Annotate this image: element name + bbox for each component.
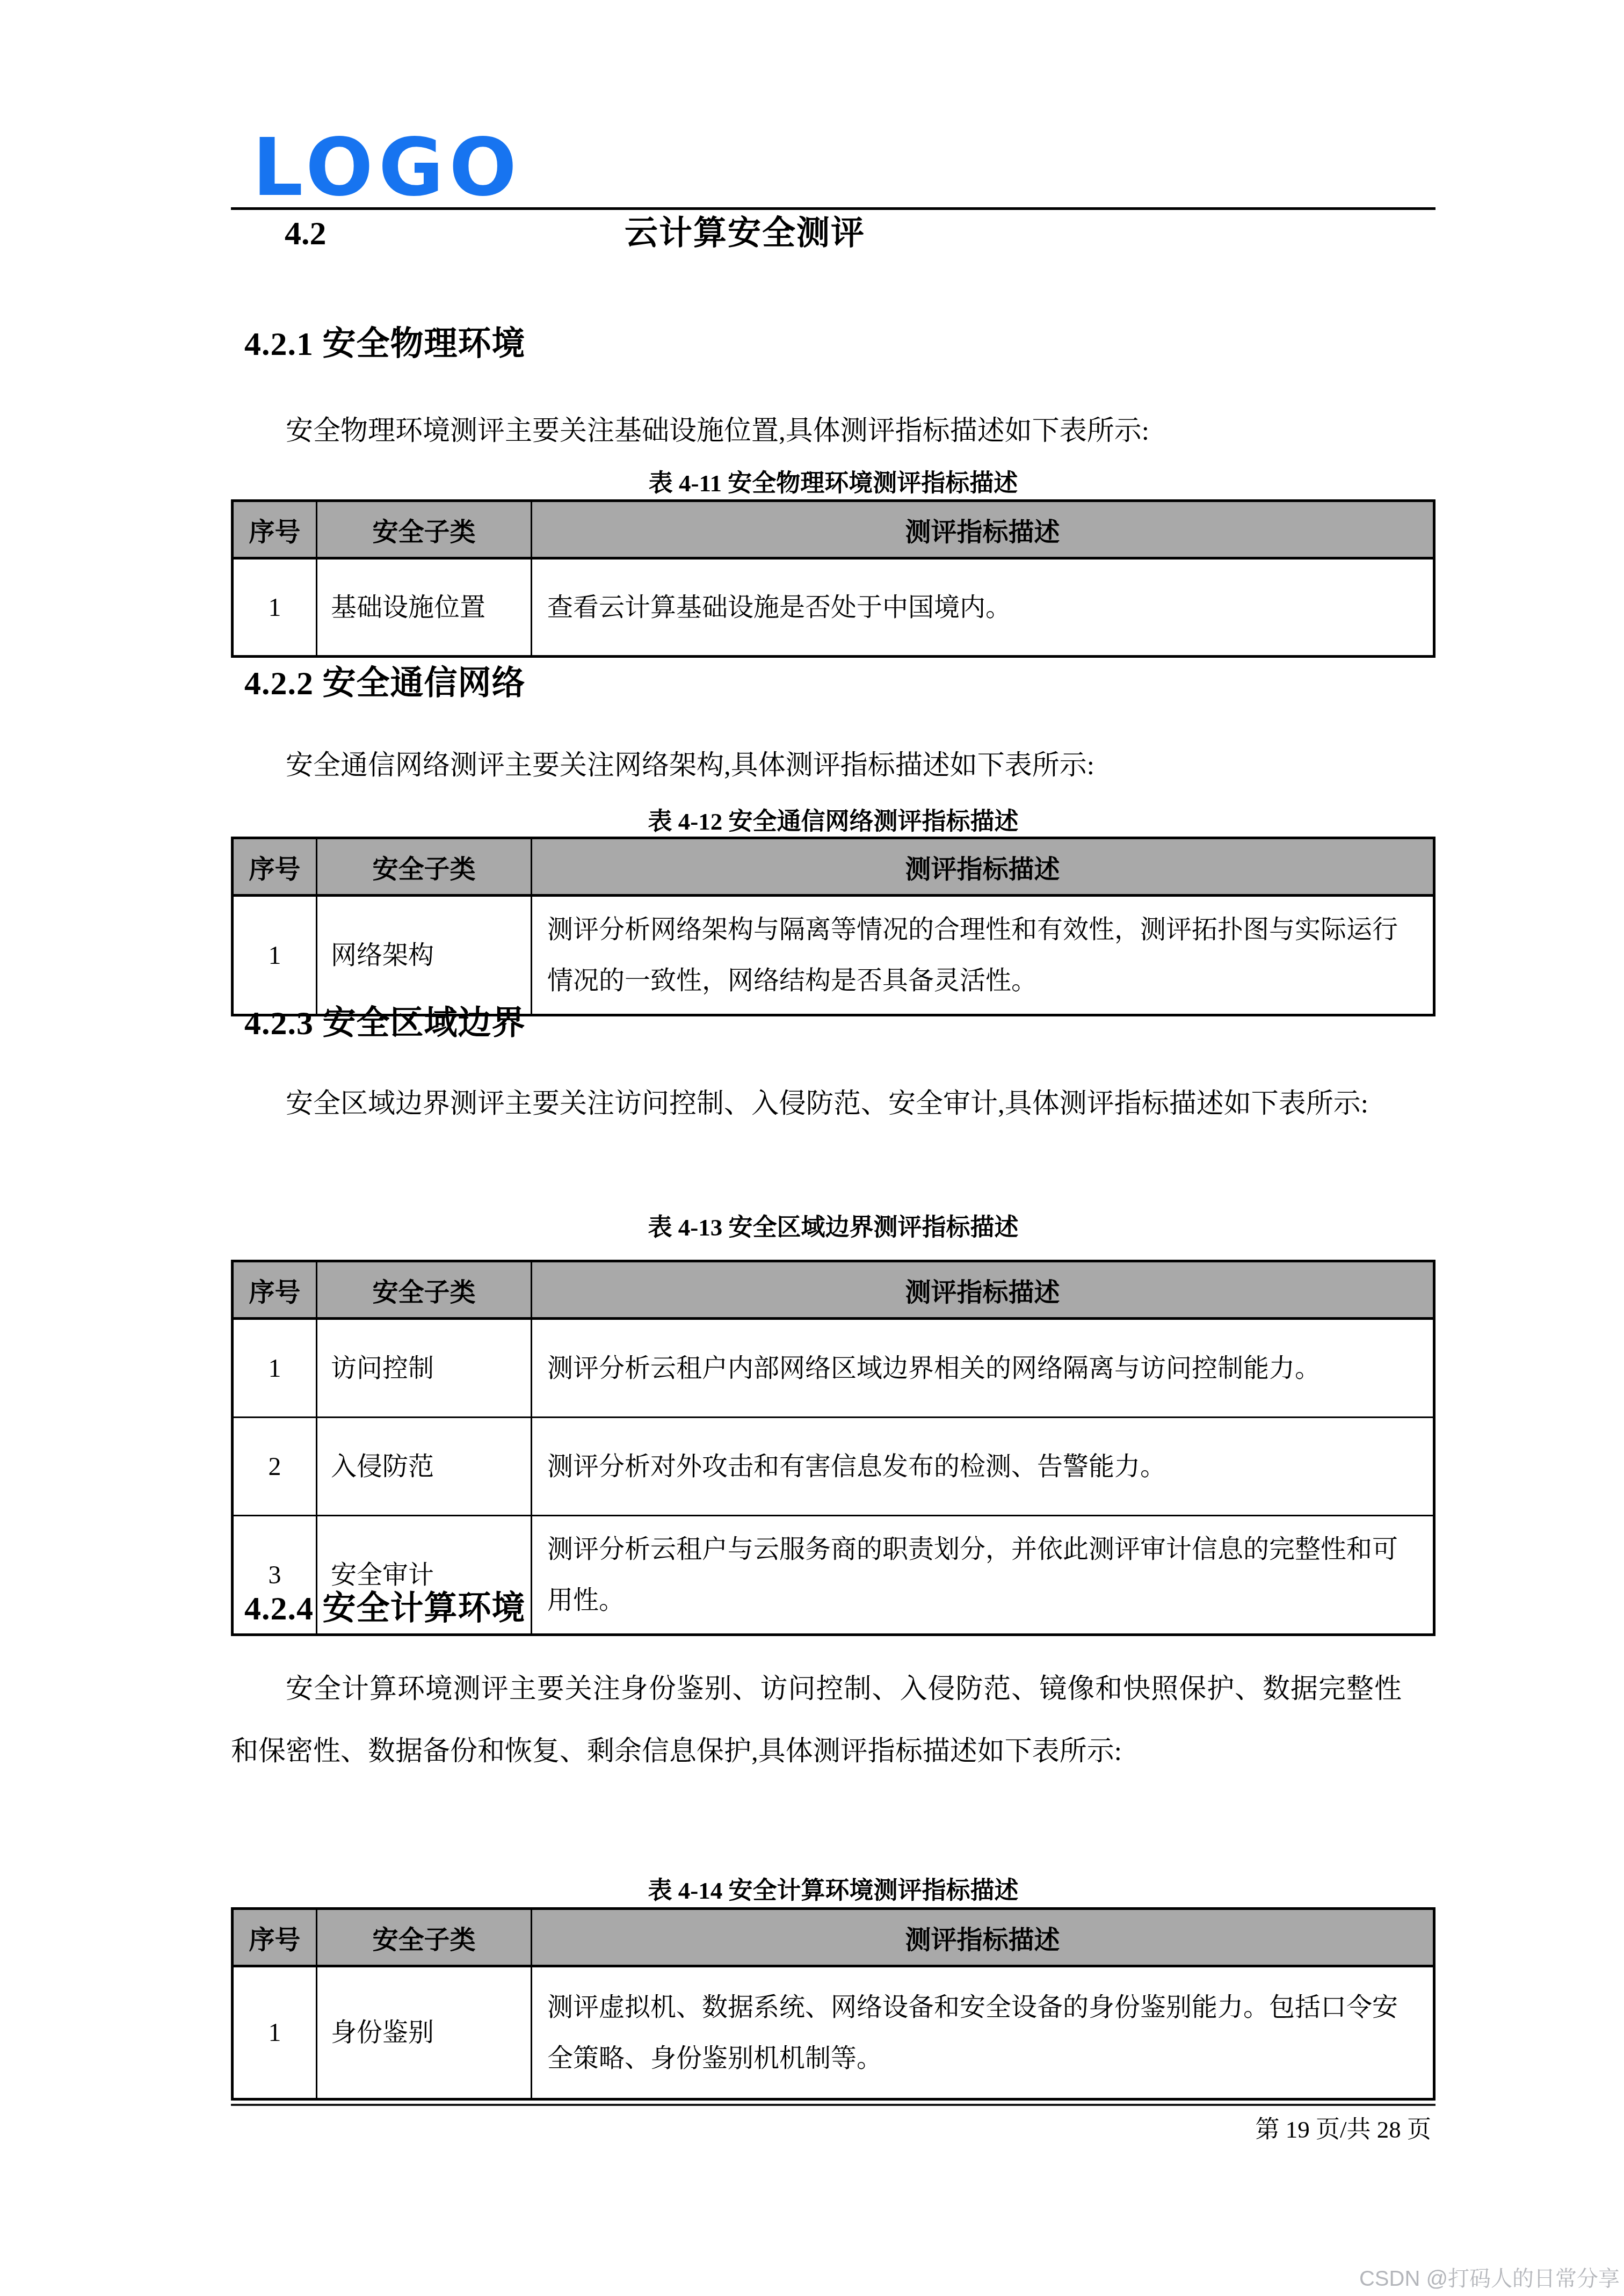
- column-header-desc: 测评指标描述: [532, 1909, 1434, 1966]
- column-header-desc: 测评指标描述: [532, 501, 1434, 558]
- chapter-title: 云计算安全测评: [625, 213, 865, 255]
- cell-desc: 测评分析云租户内部网络区域边界相关的网络隔离与访问控制能力。: [532, 1319, 1434, 1418]
- cell-desc: 测评虚拟机、数据系统、网络设备和安全设备的身份鉴别能力。包括口令安全策略、身份鉴…: [532, 1966, 1434, 2099]
- cell-seq: 1: [233, 1319, 317, 1418]
- table-caption-4-13: 表 4-13 安全区域边界测评指标描述: [231, 1212, 1436, 1243]
- table-row: 1 网络架构 测评分析网络架构与隔离等情况的合理性和有效性，测评拓扑图与实际运行…: [233, 896, 1434, 1015]
- column-header-desc: 测评指标描述: [532, 1261, 1434, 1319]
- column-header-subclass: 安全子类: [317, 1909, 532, 1966]
- table-caption-4-12: 表 4-12 安全通信网络测评指标描述: [231, 806, 1436, 837]
- column-header-seq: 序号: [233, 1909, 317, 1966]
- section-heading-421: 4.2.1 安全物理环境: [244, 325, 1437, 364]
- section-heading-422: 4.2.2 安全通信网络: [244, 664, 1437, 703]
- cell-subclass: 入侵防范: [317, 1418, 532, 1516]
- column-header-subclass: 安全子类: [317, 501, 532, 558]
- cell-desc: 测评分析网络架构与隔离等情况的合理性和有效性，测评拓扑图与实际运行情况的一致性，…: [532, 896, 1434, 1015]
- table-4-11: 序号 安全子类 测评指标描述 1 基础设施位置 查看云计算基础设施是否处于中国境…: [231, 499, 1436, 658]
- column-header-subclass: 安全子类: [317, 1261, 532, 1319]
- cell-subclass: 访问控制: [317, 1319, 532, 1418]
- table-caption-4-14: 表 4-14 安全计算环境测评指标描述: [231, 1876, 1436, 1906]
- table-4-14: 序号 安全子类 测评指标描述 1 身份鉴别 测评虚拟机、数据系统、网络设备和安全…: [231, 1907, 1436, 2101]
- company-logo: LOGO: [252, 128, 522, 207]
- csdn-watermark: CSDN @打码人的日常分享: [1359, 2262, 1620, 2292]
- cell-desc: 测评分析对外攻击和有害信息发布的检测、告警能力。: [532, 1418, 1434, 1516]
- footer-rule: [231, 2104, 1436, 2106]
- document-page: LOGO 4.2 云计算安全测评 4.2.1 安全物理环境 安全物理环境测评主要…: [0, 0, 1624, 2296]
- table-header-row: 序号 安全子类 测评指标描述: [233, 501, 1434, 558]
- section-paragraph-421: 安全物理环境测评主要关注基础设施位置,具体测评指标描述如下表所示:: [231, 400, 1402, 462]
- table-row: 2 入侵防范 测评分析对外攻击和有害信息发布的检测、告警能力。: [233, 1418, 1434, 1516]
- cell-subclass: 身份鉴别: [317, 1966, 532, 2099]
- table-header-row: 序号 安全子类 测评指标描述: [233, 1261, 1434, 1319]
- section-paragraph-423: 安全区域边界测评主要关注访问控制、入侵防范、安全审计,具体测评指标描述如下表所示…: [231, 1073, 1402, 1135]
- cell-seq: 1: [233, 1966, 317, 2099]
- chapter-number: 4.2: [285, 214, 327, 254]
- cell-desc: 查看云计算基础设施是否处于中国境内。: [532, 558, 1434, 657]
- table-caption-4-11: 表 4-11 安全物理环境测评指标描述: [231, 468, 1436, 498]
- table-header-row: 序号 安全子类 测评指标描述: [233, 838, 1434, 896]
- table-header-row: 序号 安全子类 测评指标描述: [233, 1909, 1434, 1966]
- cell-seq: 1: [233, 558, 317, 657]
- section-paragraph-422: 安全通信网络测评主要关注网络架构,具体测评指标描述如下表所示:: [231, 735, 1402, 797]
- table-row: 1 访问控制 测评分析云租户内部网络区域边界相关的网络隔离与访问控制能力。: [233, 1319, 1434, 1418]
- column-header-seq: 序号: [233, 838, 317, 896]
- cell-seq: 1: [233, 896, 317, 1015]
- table-4-13: 序号 安全子类 测评指标描述 1 访问控制 测评分析云租户内部网络区域边界相关的…: [231, 1260, 1436, 1636]
- cell-subclass: 基础设施位置: [317, 558, 532, 657]
- section-heading-424: 4.2.4 安全计算环境: [244, 1589, 1437, 1628]
- column-header-seq: 序号: [233, 501, 317, 558]
- table-row: 1 基础设施位置 查看云计算基础设施是否处于中国境内。: [233, 558, 1434, 657]
- cell-seq: 2: [233, 1418, 317, 1516]
- column-header-desc: 测评指标描述: [532, 838, 1434, 896]
- page-number-indicator: 第 19 页/共 28 页: [231, 2113, 1431, 2146]
- header-rule: [231, 207, 1436, 210]
- table-row: 1 身份鉴别 测评虚拟机、数据系统、网络设备和安全设备的身份鉴别能力。包括口令安…: [233, 1966, 1434, 2099]
- section-paragraph-424: 安全计算环境测评主要关注身份鉴别、访问控制、入侵防范、镜像和快照保护、数据完整性…: [231, 1658, 1402, 1783]
- section-heading-423: 4.2.3 安全区域边界: [244, 1004, 1437, 1043]
- column-header-subclass: 安全子类: [317, 838, 532, 896]
- table-4-12: 序号 安全子类 测评指标描述 1 网络架构 测评分析网络架构与隔离等情况的合理性…: [231, 837, 1436, 1016]
- column-header-seq: 序号: [233, 1261, 317, 1319]
- cell-subclass: 网络架构: [317, 896, 532, 1015]
